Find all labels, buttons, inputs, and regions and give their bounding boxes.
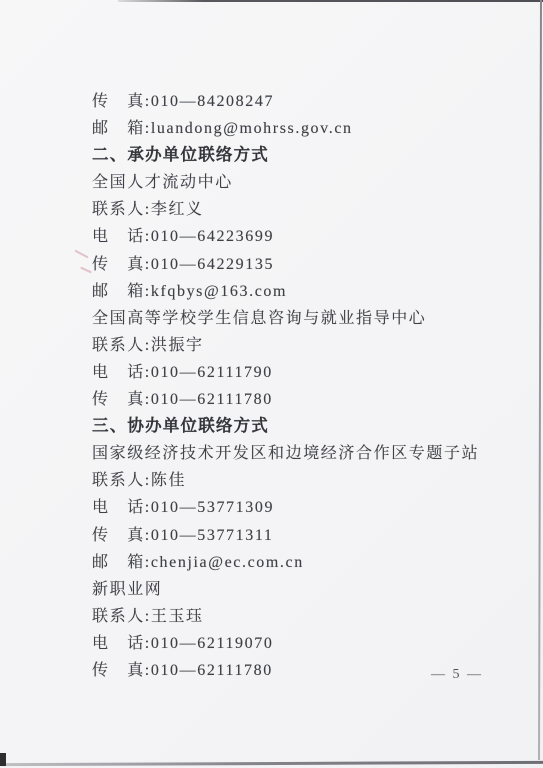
fax-line: 传 真:010—64229135 bbox=[92, 251, 512, 278]
contact-person-line: 联系人:李红义 bbox=[92, 196, 512, 223]
contact-person-line: 联系人:洪振宇 bbox=[92, 332, 512, 359]
contact-person-line: 联系人:王玉珏 bbox=[92, 603, 512, 630]
org-name-line: 全国高等学校学生信息咨询与就业指导中心 bbox=[92, 305, 512, 332]
fax-line: 传 真:010—62111780 bbox=[92, 386, 512, 413]
fax-line: 传 真:010—53771311 bbox=[92, 522, 512, 549]
scan-smudge bbox=[80, 267, 92, 274]
page-number: — 5 — bbox=[402, 667, 512, 683]
org-name-line: 新职业网 bbox=[92, 576, 512, 603]
fax-line: 传 真:010—84208247 bbox=[92, 88, 512, 115]
section-2-heading: 二、承办单位联络方式 bbox=[92, 142, 512, 169]
section-3-heading: 三、协办单位联络方式 bbox=[92, 413, 512, 440]
org-name-line: 国家级经济技术开发区和边境经济合作区专题子站 bbox=[92, 440, 512, 467]
scan-edge-top bbox=[118, 0, 543, 2]
email-line: 邮 箱:kfqbys@163.com bbox=[92, 278, 512, 305]
email-line: 邮 箱:chenjia@ec.com.cn bbox=[92, 549, 512, 576]
org-name-line: 全国人才流动中心 bbox=[92, 169, 512, 196]
phone-line: 电 话:010—53771309 bbox=[92, 494, 512, 521]
scan-corner-mark bbox=[0, 753, 6, 766]
phone-line: 电 话:010—64223699 bbox=[92, 223, 512, 250]
phone-line: 电 话:010—62111790 bbox=[92, 359, 512, 386]
scan-smudge bbox=[74, 250, 88, 259]
scan-edge-right bbox=[538, 0, 542, 760]
scanned-document-page: 传 真:010—84208247 邮 箱:luandong@mohrss.gov… bbox=[0, 0, 543, 768]
email-line: 邮 箱:luandong@mohrss.gov.cn bbox=[92, 115, 512, 142]
contact-person-line: 联系人:陈佳 bbox=[92, 467, 512, 494]
phone-line: 电 话:010—62119070 bbox=[92, 630, 512, 657]
document-body: 传 真:010—84208247 邮 箱:luandong@mohrss.gov… bbox=[92, 88, 512, 684]
scan-edge-bottom bbox=[0, 761, 543, 766]
